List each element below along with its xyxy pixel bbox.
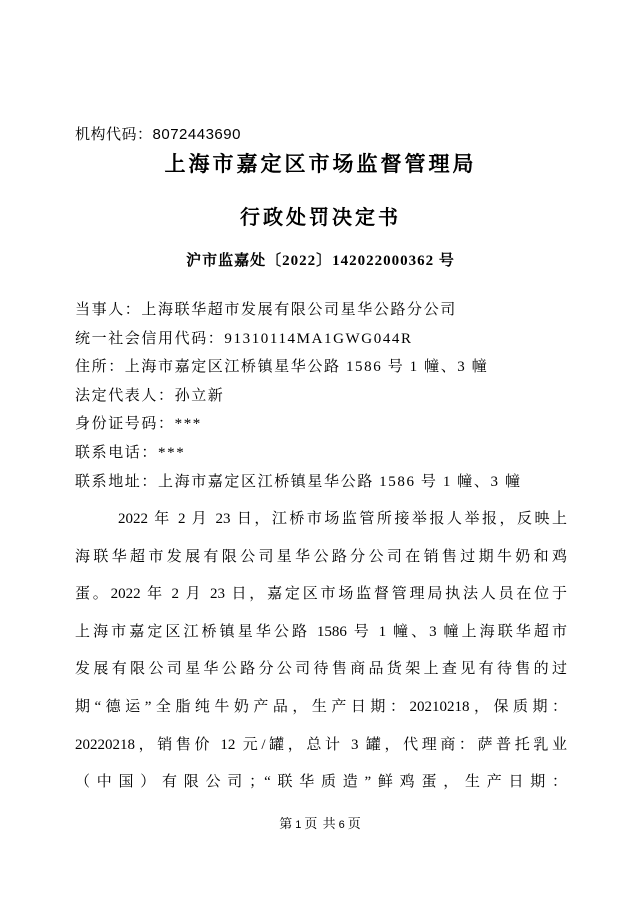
paragraph-line: 发展有限公司星华公路分公司待售商品货架上查见有待售的过 [75,651,567,689]
paragraph-line: 期“德运”全脂纯牛奶产品，生产日期：20210218，保质期： [75,689,567,727]
footer-prefix: 第 [279,816,293,831]
org-code-line: 机构代码：8072443690 [75,123,241,144]
document-title: 上海市嘉定区市场监督管理局 [0,148,641,178]
footer-suffix: 页 [348,816,362,831]
document-page: { "header": { "org_code_label": "机构代码：",… [0,0,641,910]
party-line-address: 住所：上海市嘉定区江桥镇星华公路 1586 号 1 幢、3 幢 [75,353,569,382]
page-footer: 第1页 共6页 [0,813,641,832]
party-line-credit-code: 统一社会信用代码：91310114MA1GWG044R [75,325,569,354]
org-code-value: 8072443690 [153,126,241,143]
footer-total-pages: 6 [339,819,346,831]
footer-current-page: 1 [295,819,302,831]
party-line-phone: 联系电话：*** [75,439,569,468]
paragraph-line: 2022 年 2 月 23 日，江桥市场监管所接举报人举报，反映上 [75,501,567,539]
footer-middle: 页 共 [304,816,336,831]
party-line-contact-address: 联系地址：上海市嘉定区江桥镇星华公路 1586 号 1 幢、3 幢 [75,468,569,497]
party-info-section: 当事人：上海联华超市发展有限公司星华公路分公司 统一社会信用代码：9131011… [75,296,569,496]
org-code-label: 机构代码： [75,126,153,143]
paragraph-line: 20220218，销售价 12 元/罐，总计 3 罐，代理商：萨普托乳业 [75,727,567,765]
party-line-id-number: 身份证号码：*** [75,410,569,439]
paragraph-line: （中国）有限公司；“联华质造”鲜鸡蛋，生产日期： [75,764,567,802]
party-line-name: 当事人：上海联华超市发展有限公司星华公路分公司 [75,296,569,325]
paragraph-line: 蛋。2022 年 2 月 23 日，嘉定区市场监督管理局执法人员在位于 [75,576,567,614]
case-description-paragraph: 2022 年 2 月 23 日，江桥市场监管所接举报人举报，反映上 海联华超市发… [75,501,567,802]
document-number: 沪市监嘉处〔2022〕142022000362 号 [0,249,641,270]
paragraph-line: 海联华超市发展有限公司星华公路分公司在销售过期牛奶和鸡 [75,539,567,577]
document-subtitle: 行政处罚决定书 [0,201,641,230]
party-line-legal-rep: 法定代表人：孙立新 [75,382,569,411]
paragraph-line: 上海市嘉定区江桥镇星华公路 1586 号 1 幢、3 幢上海联华超市 [75,614,567,652]
